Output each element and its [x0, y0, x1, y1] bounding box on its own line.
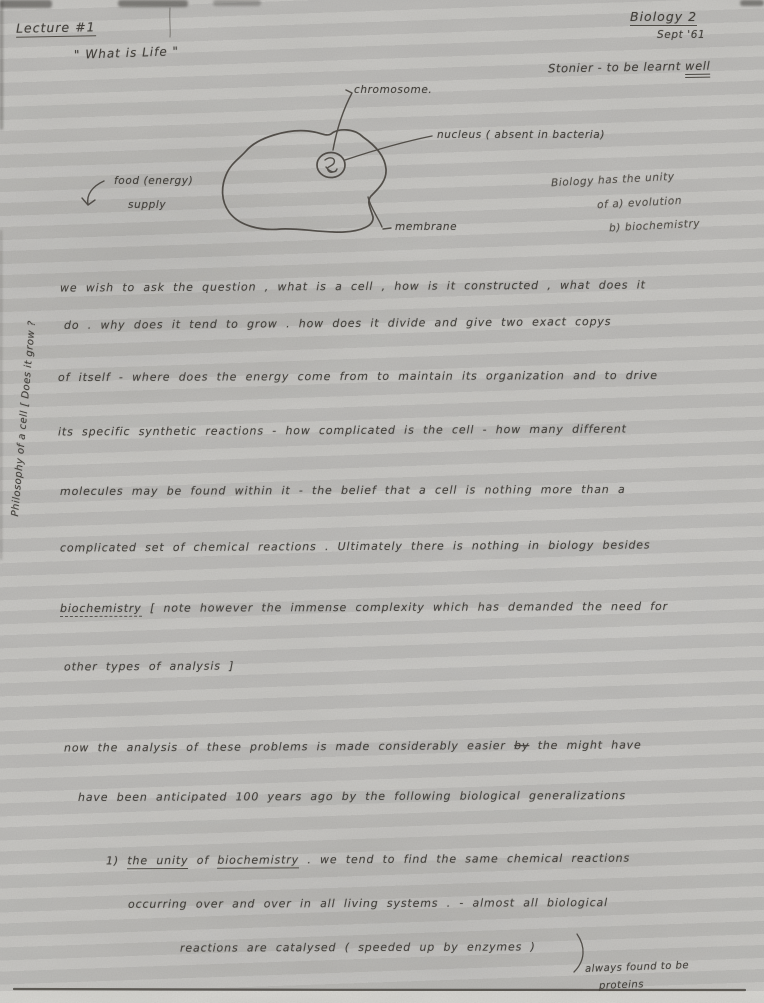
scanned-lecture-notes-page: Lecture #1 " What is Life " Biology 2 Se… [0, 0, 764, 1003]
scan-grain-texture [0, 0, 764, 1003]
